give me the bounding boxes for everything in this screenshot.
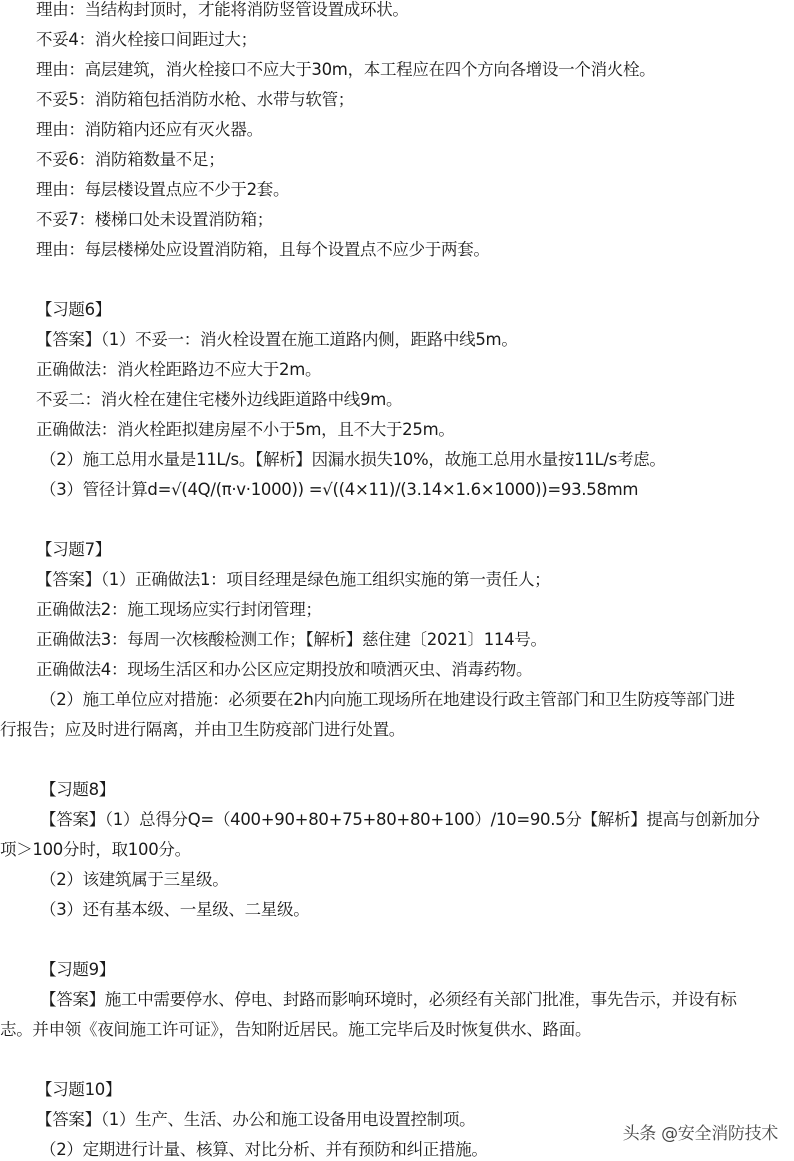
reason-line: 理由：每层楼设置点应不少于2套。 [0, 175, 794, 205]
fault-line: 不妥6：消防箱数量不足； [0, 145, 794, 175]
exercise-10-section: 【习题10】 【答案】（1）生产、生活、办公和施工设备用电设置控制项。 （2）定… [0, 1075, 794, 1161]
answer-line: （3）还有基本级、一星级、二星级。 [0, 895, 794, 925]
reason-line: 理由：每层楼梯处应设置消防箱，且每个设置点不应少于两套。 [0, 235, 794, 265]
answer-line: （2）该建筑属于三星级。 [0, 865, 794, 895]
answer-line: 不妥二：消火栓在建住宅楼外边线距道路中线9m。 [0, 385, 794, 415]
exercise-title: 【习题10】 [0, 1075, 794, 1105]
answer-line: 正确做法3：每周一次核酸检测工作；【解析】慈住建〔2021〕114号。 [0, 625, 794, 655]
fault-line: 不妥4：消火栓接口间距过大； [0, 25, 794, 55]
exercise-title: 【习题7】 [0, 535, 794, 565]
paragraph-spacer [0, 925, 794, 955]
exercise-6-section: 【习题6】 【答案】（1）不妥一：消火栓设置在施工道路内侧，距路中线5m。 正确… [0, 295, 794, 505]
paragraph-spacer [0, 505, 794, 535]
formula-line: （3）管径计算d=√(4Q/(π·v·1000)) =√((4×11)/(3.1… [0, 475, 794, 505]
answer-line: 正确做法2：施工现场应实行封闭管理； [0, 595, 794, 625]
answer-line: 【答案】（1）不妥一：消火栓设置在施工道路内侧，距路中线5m。 [0, 325, 794, 355]
exercise-9-section: 【习题9】 【答案】施工中需要停水、停电、封路而影响环境时，必须经有关部门批准，… [0, 955, 794, 1045]
answer-line: 正确做法：消火栓距拟建房屋不小于5m，且不大于25m。 [0, 415, 794, 445]
answer-line: 【答案】（1）正确做法1：项目经理是绿色施工组织实施的第一责任人； [0, 565, 794, 595]
exercise-7-section: 【习题7】 【答案】（1）正确做法1：项目经理是绿色施工组织实施的第一责任人； … [0, 535, 794, 745]
paragraph-spacer [0, 1045, 794, 1075]
answer-line: 正确做法4：现场生活区和办公区应定期投放和喷洒灭虫、消毒药物。 [0, 655, 794, 685]
watermark: 头条 @安全消防技术 [623, 1122, 778, 1146]
answer-line: 【答案】施工中需要停水、停电、封路而影响环境时，必须经有关部门批准，事先告示，并… [0, 985, 794, 1015]
reason-line: 理由：高层建筑，消火栓接口不应大于30m，本工程应在四个方向各增设一个消火栓。 [0, 55, 794, 85]
answer-line: 正确做法：消火栓距路边不应大于2m。 [0, 355, 794, 385]
answer-line: （2）施工单位应对措施：必须要在2h内向施工现场所在地建设行政主管部门和卫生防疫… [0, 685, 794, 715]
exercise-title: 【习题8】 [0, 775, 794, 805]
answer-line-continued: 项＞100分时，取100分。 [0, 835, 794, 865]
answer-line: （2）施工总用水量是11L/s。【解析】因漏水损失10%，故施工总用水量按11L… [0, 445, 794, 475]
document-body: 理由：当结构封顶时，才能将消防竖管设置成环状。 不妥4：消火栓接口间距过大； 理… [0, 0, 794, 1161]
reason-line: 理由：当结构封顶时，才能将消防竖管设置成环状。 [0, 0, 794, 25]
paragraph-spacer [0, 745, 794, 775]
paragraph-spacer [0, 265, 794, 295]
answer-line-continued: 志。并申领《夜间施工许可证》，告知附近居民。施工完毕后及时恢复供水、路面。 [0, 1015, 794, 1045]
exercise-title: 【习题6】 [0, 295, 794, 325]
fault-line: 不妥5：消防箱包括消防水枪、水带与软管； [0, 85, 794, 115]
fault-line: 不妥7：楼梯口处未设置消防箱； [0, 205, 794, 235]
answer-line: 【答案】（1）总得分Q=（400+90+80+75+80+80+100）/10=… [0, 805, 794, 835]
answer-line-continued: 行报告；应及时进行隔离，并由卫生防疫部门进行处置。 [0, 715, 794, 745]
exercise-title: 【习题9】 [0, 955, 794, 985]
reason-line: 理由：消防箱内还应有灭火器。 [0, 115, 794, 145]
exercise-8-section: 【习题8】 【答案】（1）总得分Q=（400+90+80+75+80+80+10… [0, 775, 794, 925]
